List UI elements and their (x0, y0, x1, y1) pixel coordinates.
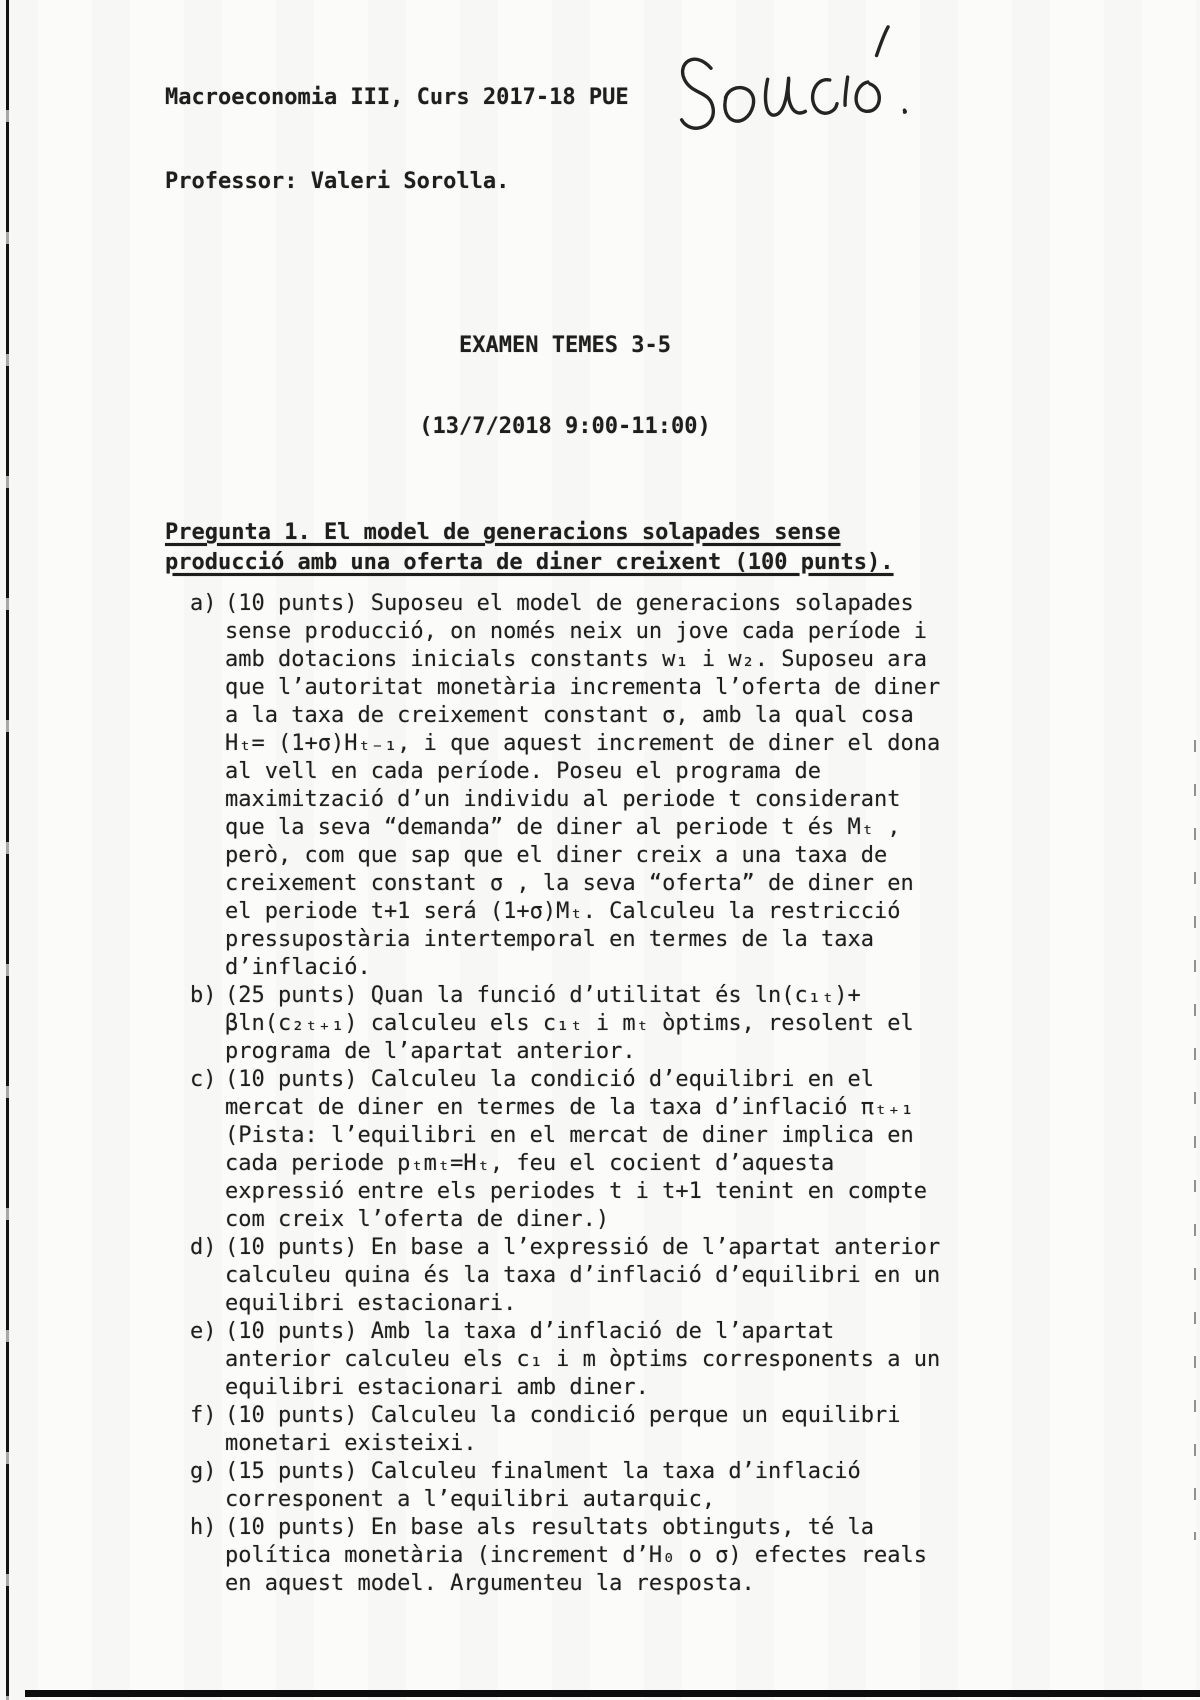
item-letter: f) (190, 1402, 225, 1430)
question-item-a: a) (10 punts) Suposeu el model de genera… (190, 590, 965, 982)
exam-title-line: EXAMEN TEMES 3-5 (165, 332, 965, 359)
item-letter: c) (190, 1066, 225, 1094)
question-item-b: b) (25 punts) Quan la funció d’utilitat … (190, 982, 965, 1066)
item-letter: h) (190, 1514, 225, 1542)
item-text: (10 punts) Amb la taxa d’inflació de l’a… (225, 1318, 965, 1402)
question-item-list: a) (10 punts) Suposeu el model de genera… (165, 590, 965, 1598)
question-item-f: f) (10 punts) Calculeu la condició perqu… (190, 1402, 965, 1458)
item-text: (10 punts) En base als resultats obtingu… (225, 1514, 965, 1598)
question-item-e: e) (10 punts) Amb la taxa d’inflació de … (190, 1318, 965, 1402)
professor-line: Professor: Valeri Sorolla. (165, 168, 965, 196)
item-text: (15 punts) Calculeu finalment la taxa d’… (225, 1458, 965, 1514)
item-text: (10 punts) Calculeu la condició d’equili… (225, 1066, 965, 1234)
scanned-exam-page: Solució Macroeconomia III, Curs 2017-18 … (0, 0, 1200, 1700)
item-letter: d) (190, 1234, 225, 1262)
question-heading: Pregunta 1. El model de generacions sola… (165, 518, 965, 578)
item-letter: b) (190, 982, 225, 1010)
item-letter: e) (190, 1318, 225, 1346)
item-text: (10 punts) Calculeu la condició perque u… (225, 1402, 965, 1458)
exam-title: EXAMEN TEMES 3-5 (13/7/2018 9:00-11:00) (165, 278, 965, 494)
document-content: Macroeconomia III, Curs 2017-18 PUE Prof… (165, 28, 965, 1598)
scan-bottom-bar-artifact (25, 1690, 1200, 1697)
item-letter: a) (190, 590, 225, 618)
question-item-d: d) (10 punts) En base a l’expressió de l… (190, 1234, 965, 1318)
exam-datetime-line: (13/7/2018 9:00-11:00) (165, 413, 965, 440)
item-text: (10 punts) En base a l’expressió de l’ap… (225, 1234, 965, 1318)
scan-left-edge-artifact (6, 0, 9, 1700)
item-text: (10 punts) Suposeu el model de generacio… (225, 590, 965, 982)
question-item-g: g) (15 punts) Calculeu finalment la taxa… (190, 1458, 965, 1514)
course-title-line: Macroeconomia III, Curs 2017-18 PUE (165, 84, 965, 112)
item-text: (25 punts) Quan la funció d’utilitat és … (225, 982, 965, 1066)
question-item-h: h) (10 punts) En base als resultats obti… (190, 1514, 965, 1598)
scan-right-edge-artifact (1194, 740, 1196, 1540)
question-item-c: c) (10 punts) Calculeu la condició d’equ… (190, 1066, 965, 1234)
item-letter: g) (190, 1458, 225, 1486)
course-header: Macroeconomia III, Curs 2017-18 PUE Prof… (165, 28, 965, 252)
